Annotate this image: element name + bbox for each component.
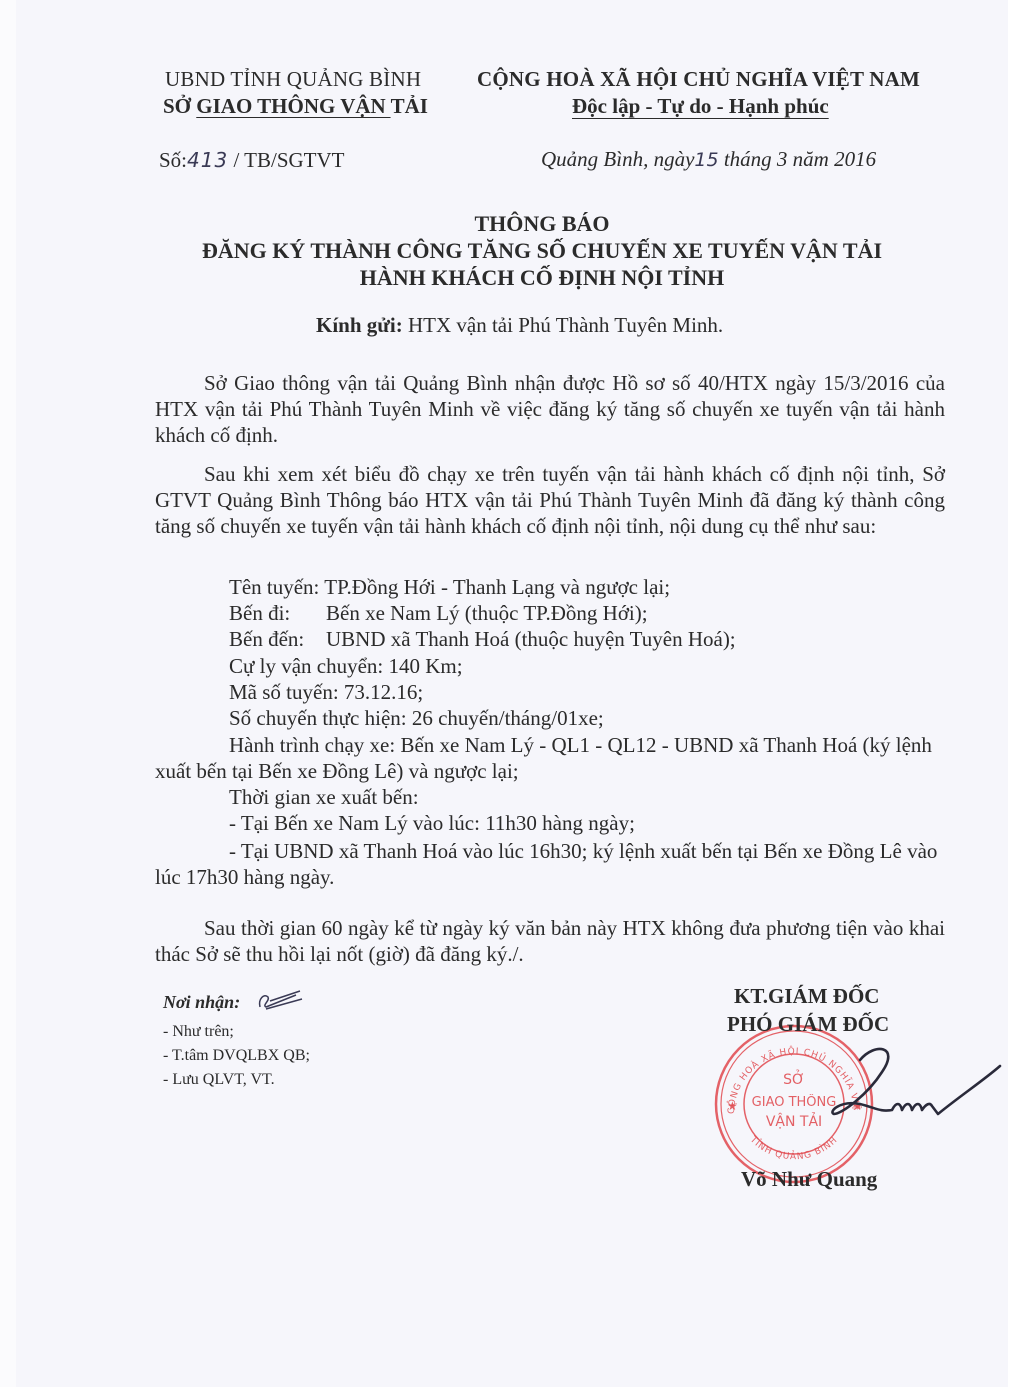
distribution-item: - Lưu QLVT, VT. (163, 1071, 275, 1089)
arrival-label: Bến đến: (229, 627, 326, 652)
distance: Cự ly vận chuyển: 140 Km; (229, 654, 463, 679)
seal-bottom-text: TỈNH QUẢNG BÌNH (747, 1134, 840, 1162)
paragraph-2: Sau khi xem xét biểu đồ chạy xe trên tuy… (155, 461, 945, 539)
scan-margin-right (1008, 0, 1024, 1387)
svg-text:TỈNH QUẢNG BÌNH: TỈNH QUẢNG BÌNH (747, 1134, 840, 1162)
trip-count: Số chuyến thực hiện: 26 chuyến/tháng/01x… (229, 706, 604, 731)
departure-station: Bến đi:Bến xe Nam Lý (thuộc TP.Đồng Hới)… (229, 601, 648, 626)
scan-margin-left (0, 0, 16, 1387)
initial-signature-icon (256, 985, 306, 1013)
route-code: Mã số tuyến: 73.12.16; (229, 680, 423, 705)
seal-center-line-1: SỞ (783, 1069, 805, 1088)
place-date-prefix: Quảng Bình, ngày (541, 147, 694, 171)
org-prefix: SỞ (163, 94, 196, 118)
number-suffix: / TB/SGTVT (228, 148, 344, 172)
route-name: Tên tuyến: TP.Đồng Hới - Thanh Lạng và n… (229, 575, 670, 600)
place-date-suffix: tháng 3 năm 2016 (719, 147, 877, 171)
distribution-item: - T.tâm DVQLBX QB; (163, 1047, 310, 1065)
parent-organization: UBND TỈNH QUẢNG BÌNH (165, 67, 421, 92)
org-suffix: TẢI (391, 94, 428, 118)
departure-times-label: Thời gian xe xuất bến: (229, 785, 419, 810)
document-subject-line-1: ĐĂNG KÝ THÀNH CÔNG TĂNG SỐ CHUYẾN XE TUY… (0, 237, 1024, 264)
departure-time-1: - Tại Bến xe Nam Lý vào lúc: 11h30 hàng … (229, 811, 635, 836)
org-underlined: GIAO THÔNG VẬN (196, 94, 390, 118)
issuing-organization: SỞ GIAO THÔNG VẬN TẢI (163, 94, 428, 119)
paragraph-3: Sau thời gian 60 ngày kể từ ngày ký văn … (155, 915, 945, 967)
handwritten-number: 413 (187, 148, 228, 172)
addressee: Kính gửi: HTX vận tải Phú Thành Tuyên Mi… (316, 313, 723, 338)
document-type-title: THÔNG BÁO (0, 210, 1024, 237)
arrival-station: Bến đến:UBND xã Thanh Hoá (thuộc huyện T… (229, 627, 736, 652)
place-and-date: Quảng Bình, ngày15 tháng 3 năm 2016 (541, 147, 876, 172)
handwritten-signature-icon (820, 1040, 1005, 1130)
itinerary: Hành trình chạy xe: Bến xe Nam Lý - QL1 … (155, 732, 945, 784)
national-motto: Độc lập - Tự do - Hạnh phúc (572, 94, 829, 119)
departure-time-2: - Tại UBND xã Thanh Hoá vào lúc 16h30; k… (155, 838, 945, 890)
number-label: Số: (159, 148, 187, 172)
national-title: CỘNG HOÀ XÃ HỘI CHỦ NGHĨA VIỆT NAM (477, 67, 920, 92)
arrival-value: UBND xã Thanh Hoá (thuộc huyện Tuyên Hoá… (326, 627, 736, 651)
addressee-name: HTX vận tải Phú Thành Tuyên Minh. (403, 313, 723, 337)
signature-title-2: PHÓ GIÁM ĐỐC (727, 1012, 889, 1037)
departure-value: Bến xe Nam Lý (thuộc TP.Đồng Hới); (326, 601, 648, 625)
distribution-label: Nơi nhận: (163, 992, 240, 1013)
paragraph-1: Sở Giao thông vận tải Quảng Bình nhận đư… (155, 370, 945, 448)
handwritten-day: 15 (694, 149, 718, 171)
addressee-label: Kính gửi: (316, 313, 403, 337)
signer-name: Võ Như Quang (741, 1167, 877, 1192)
signature-title-1: KT.GIÁM ĐỐC (734, 984, 879, 1009)
departure-label: Bến đi: (229, 601, 326, 626)
document-subject-line-2: HÀNH KHÁCH CỐ ĐỊNH NỘI TỈNH (0, 264, 1024, 291)
seal-center-line-3: VẬN TẢI (766, 1112, 822, 1130)
svg-text:★: ★ (727, 1099, 738, 1113)
distribution-item: - Như trên; (163, 1023, 234, 1041)
document-number: Số:413 / TB/SGTVT (159, 148, 345, 173)
